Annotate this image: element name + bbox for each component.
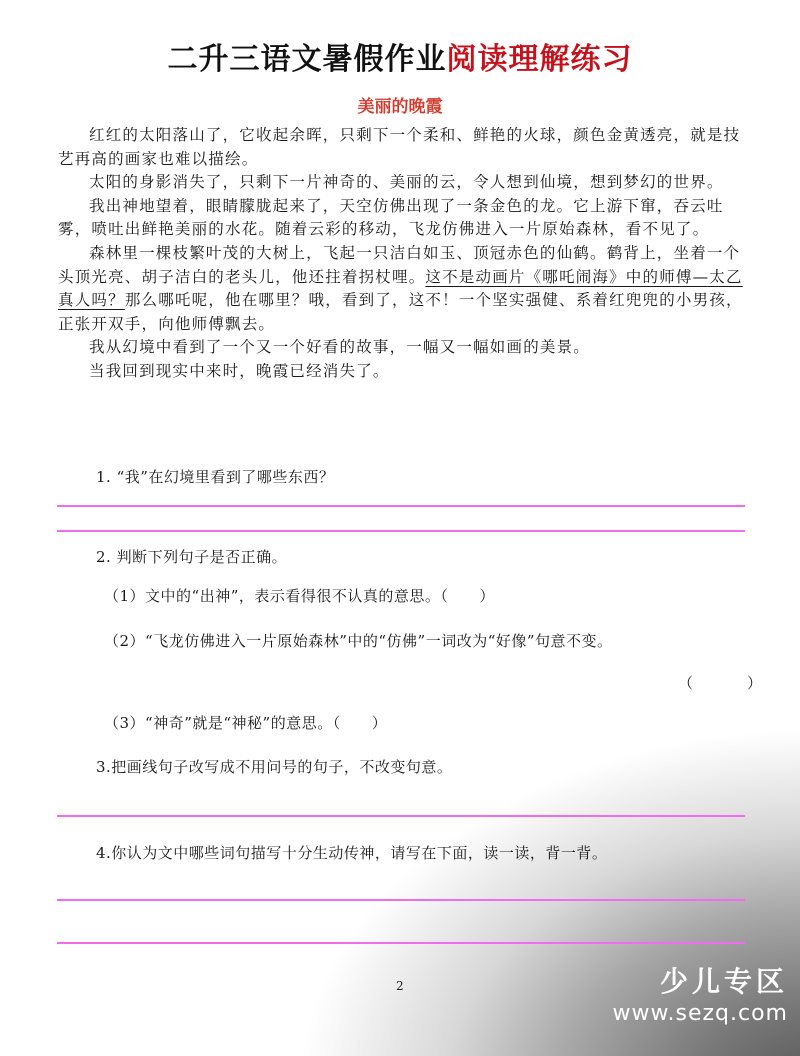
passage-paragraph: 红红的太阳落山了，它收起余晖，只剩下一个柔和、鲜艳的火球，颜色金黄透亮，就是技艺… xyxy=(58,124,748,171)
page-number: 2 xyxy=(396,979,404,993)
answer-line[interactable] xyxy=(57,505,745,507)
site-watermark: 少儿专区 www.sezq.com xyxy=(608,965,788,1029)
watermark-name: 少儿专区 xyxy=(608,965,788,999)
title-red-part: 阅读理解练习 xyxy=(447,42,633,77)
passage-paragraph: 太阳的身影消失了，只剩下一片神奇的、美丽的云，令人想到仙境，想到梦幻的世界。 xyxy=(58,171,748,195)
worksheet-page: 二升三语文暑假作业阅读理解练习 美丽的晚霞 红红的太阳落山了，它收起余晖，只剩下… xyxy=(0,0,800,1056)
question-2-item-1: （1）文中的“出神”，表示看得很不认真的意思。（ ） xyxy=(104,585,495,606)
passage-title: 美丽的晚霞 xyxy=(0,92,800,117)
answer-line[interactable] xyxy=(57,899,745,901)
passage-paragraph: 我出神地望着，眼睛朦胧起来了，天空仿佛出现了一条金色的龙。它上游下窜，吞云吐雾，… xyxy=(58,195,748,242)
question-1: 1. “我”在幻境里看到了哪些东西？ xyxy=(96,466,334,487)
passage-paragraph: 森林里一棵枝繁叶茂的大树上，飞起一只洁白如玉、顶冠赤色的仙鹤。鹤背上，坐着一个头… xyxy=(58,242,748,336)
question-2: 2. 判断下列句子是否正确。 xyxy=(96,546,287,567)
question-4: 4.你认为文中哪些词句描写十分生动传神，请写在下面，读一读，背一背。 xyxy=(96,842,607,863)
question-3: 3.把画线句子改写成不用问号的句子，不改变句意。 xyxy=(96,756,452,777)
answer-line[interactable] xyxy=(57,942,745,944)
answer-line[interactable] xyxy=(57,530,745,532)
question-2-item-3: （3）“神奇”就是“神秘”的意思。（ ） xyxy=(104,712,387,733)
answer-parentheses[interactable]: （ ） xyxy=(678,672,770,693)
reading-passage: 红红的太阳落山了，它收起余晖，只剩下一个柔和、鲜艳的火球，颜色金黄透亮，就是技艺… xyxy=(58,124,748,384)
title-black-part: 二升三语文暑假作业 xyxy=(168,42,447,77)
paragraph-text: 那么哪吒呢，他在哪里？哦，看到了，这不！一个坚实强健、系着红兜兜的小男孩，正张开… xyxy=(58,291,743,333)
answer-line[interactable] xyxy=(57,815,745,817)
passage-paragraph: 我从幻境中看到了一个又一个好看的故事，一幅又一幅如画的美景。 xyxy=(58,336,748,360)
worksheet-title: 二升三语文暑假作业阅读理解练习 xyxy=(0,34,800,78)
watermark-url: www.sezq.com xyxy=(608,999,788,1029)
passage-paragraph: 当我回到现实中来时，晚霞已经消失了。 xyxy=(58,360,748,384)
question-2-item-2: （2）“飞龙仿佛进入一片原始森林”中的“仿佛”一词改为“好像”句意不变。 xyxy=(104,630,613,651)
